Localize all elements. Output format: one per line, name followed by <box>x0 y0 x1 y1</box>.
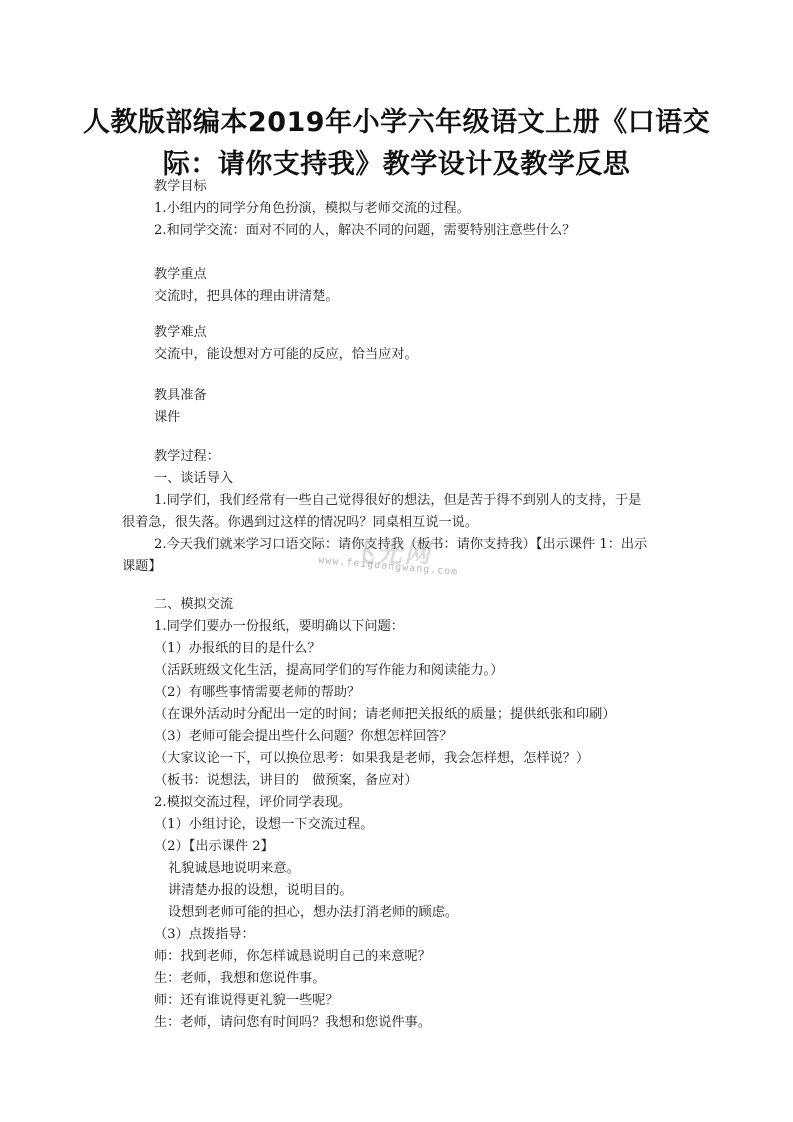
text-line: 教学重点 <box>154 265 207 285</box>
text-line: （活跃班级文化生活，提高同学们的写作能力和阅读能力。） <box>154 661 503 681</box>
text-line: 生：老师，请问您有时间吗？我想和您说件事。 <box>154 1013 431 1033</box>
text-line: （2）有哪些事情需要老师的帮助？ <box>154 683 360 703</box>
text-line: 很着急，很失落。你遇到过这样的情况吗？同桌相互说一说。 <box>122 513 478 533</box>
text-line: （在课外活动时分配出一定的时间；请老师把关报纸的质量；提供纸张和印刷） <box>154 705 616 725</box>
text-line: 师：找到老师，你怎样诚恳说明自己的来意呢？ <box>154 947 431 967</box>
text-line: （1）办报纸的目的是什么？ <box>154 639 321 659</box>
text-line: 2.模拟交流过程，评价同学表现。 <box>154 793 351 813</box>
text-line: （大家议论一下，可以换位思考：如果我是老师，我会怎样想，怎样说？） <box>154 749 589 769</box>
text-line: 课题】 <box>122 557 162 577</box>
text-line: 师：还有谁说得更礼貌一些呢？ <box>154 991 339 1011</box>
text-line: 生：老师，我想和您说件事。 <box>154 969 325 989</box>
text-line: 教学过程： <box>154 447 220 467</box>
text-line: 1.同学们要办一份报纸，要明确以下问题： <box>154 617 404 637</box>
text-line: 课件 <box>154 408 180 428</box>
text-line: （板书：说想法，讲目的 做预案，备应对） <box>154 771 418 791</box>
text-line: 交流时，把具体的理由讲清楚。 <box>154 287 339 307</box>
document-title-line-1: 人教版部编本2019年小学六年级语文上册《口语交 <box>0 100 793 139</box>
text-line: （3）点拨指导： <box>154 925 255 945</box>
text-line: 礼貌诚恳地说明来意。 <box>168 859 300 879</box>
text-line: 二、模拟交流 <box>154 595 233 615</box>
text-line: 1.小组内的同学分角色扮演，模拟与老师交流的过程。 <box>154 199 470 219</box>
text-line: 一、谈话导入 <box>154 469 233 489</box>
text-line: 2.今天我们就来学习口语交际：请你支持我（板书：请你支持我）【出示课件 1：出示 <box>154 535 647 555</box>
text-line: 讲清楚办报的设想，说明目的。 <box>168 881 353 901</box>
document-page: 人教版部编本2019年小学六年级语文上册《口语交 际：请你支持我》教学设计及教学… <box>0 0 793 1122</box>
text-line: （3）老师可能会提出些什么问题？你想怎样回答？ <box>154 727 453 747</box>
text-line: 1.同学们，我们经常有一些自己觉得很好的想法，但是苦于得不到别人的支持，于是 <box>154 491 641 511</box>
text-line: （1）小组讨论，设想一下交流过程。 <box>154 815 373 835</box>
text-line: 2.和同学交流：面对不同的人，解决不同的问题，需要特别注意些什么？ <box>154 221 575 241</box>
text-line: 教学目标 <box>154 177 207 197</box>
text-line: 教具准备 <box>154 386 207 406</box>
document-title-line-2: 际：请你支持我》教学设计及教学反思 <box>0 142 793 181</box>
text-line: 教学难点 <box>154 323 207 343</box>
text-line: 交流中，能设想对方可能的反应，恰当应对。 <box>154 345 418 365</box>
text-line: 设想到老师可能的担心，想办法打消老师的顾虑。 <box>168 903 458 923</box>
watermark-url-text: www.feiguangwang.com <box>318 555 459 578</box>
text-line: （2）【出示课件 2】 <box>154 837 274 857</box>
